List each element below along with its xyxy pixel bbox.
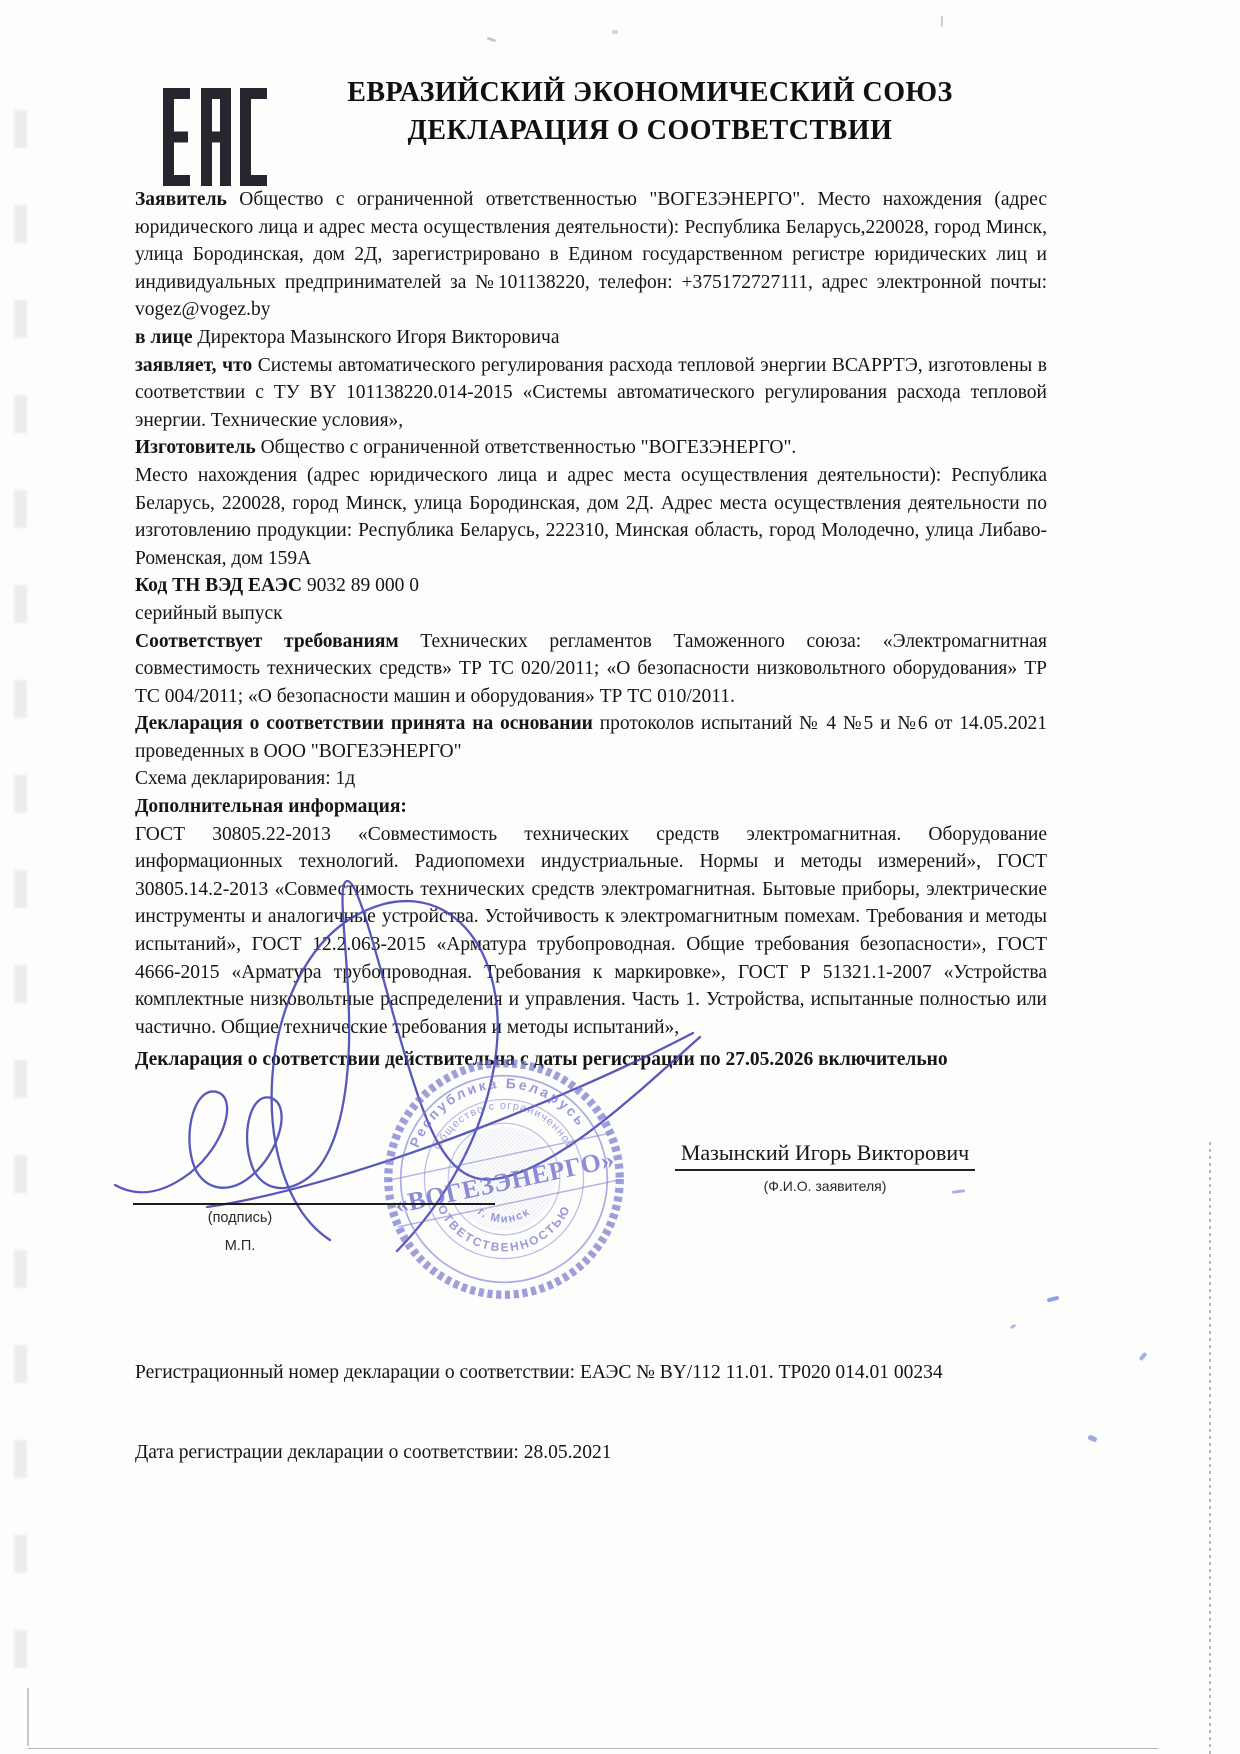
body-paragraph: Место нахождения (адрес юридического лиц… — [135, 462, 1047, 572]
bold-text-run: Дополнительная информация: — [135, 796, 407, 817]
bold-text-run: заявляет, что — [135, 355, 258, 376]
scan-speck — [612, 30, 618, 34]
declaration-document-page: ЕВРАЗИЙСКИЙ ЭКОНОМИЧЕСКИЙ СОЮЗ ДЕКЛАРАЦИ… — [0, 0, 1240, 1754]
registration-number-label: Регистрационный номер декларации о соотв… — [135, 1362, 580, 1383]
eac-conformity-mark-icon — [163, 88, 267, 186]
applicant-name-block: Мазынский Игорь Викторович (Ф.И.О. заяви… — [650, 1140, 1000, 1194]
scan-edge-artifact-right — [1209, 1142, 1211, 1754]
scan-speck — [487, 37, 496, 43]
text-run: Место нахождения (адрес юридического лиц… — [135, 465, 1047, 569]
scan-edge-artifact-corner — [27, 1688, 29, 1746]
registration-date-label: Дата регистрации декларации о соответств… — [135, 1442, 524, 1463]
bold-text-run: Декларация о соответствии принята на осн… — [135, 713, 600, 734]
body-paragraph: Соответствует требованиям Технических ре… — [135, 628, 1047, 711]
text-run: 9032 89 000 0 — [307, 575, 419, 596]
signature-line — [133, 1203, 495, 1205]
scan-edge-artifact-bottom — [28, 1748, 1158, 1749]
bold-text-run: Заявитель — [135, 189, 239, 210]
bold-text-run: Код ТН ВЭД ЕАЭС — [135, 575, 307, 596]
stamp-place-caption: М.П. — [160, 1238, 320, 1254]
ink-speck — [1139, 1352, 1148, 1361]
document-title: ЕВРАЗИЙСКИЙ ЭКОНОМИЧЕСКИЙ СОЮЗ ДЕКЛАРАЦИ… — [270, 74, 1030, 150]
applicant-name: Мазынский Игорь Викторович — [675, 1140, 975, 1171]
title-line-1: ЕВРАЗИЙСКИЙ ЭКОНОМИЧЕСКИЙ СОЮЗ — [270, 74, 1030, 112]
scan-speck — [941, 16, 943, 27]
bold-text-run: Соответствует требованиям — [135, 631, 420, 652]
body-paragraph: Дополнительная информация: — [135, 793, 1047, 821]
registration-date-line: Дата регистрации декларации о соответств… — [135, 1442, 1135, 1464]
body-paragraph: в лице Директора Мазынского Игоря Виктор… — [135, 324, 1047, 352]
body-paragraph: Код ТН ВЭД ЕАЭС 9032 89 000 0 — [135, 572, 1047, 600]
ink-speck — [1010, 1324, 1017, 1330]
text-run: Системы автоматического регулирования ра… — [135, 355, 1047, 431]
title-line-2: ДЕКЛАРАЦИЯ О СООТВЕТСТВИИ — [270, 112, 1030, 150]
text-run: Общество с ограниченной ответственностью… — [135, 189, 1047, 320]
bold-text-run: в лице — [135, 327, 197, 348]
company-stamp: Республика Беларусь Общество с ограничен… — [380, 1055, 628, 1303]
text-run: Директора Мазынского Игоря Викторовича — [197, 327, 559, 348]
text-run: Схема декларирования: 1д — [135, 768, 355, 789]
body-paragraph: серийный выпуск — [135, 600, 1047, 628]
registration-number-value: ЕАЭС № BY/112 11.01. ТР020 014.01 00234 — [580, 1362, 943, 1383]
scan-edge-artifact-left — [14, 110, 27, 1670]
body-paragraph: Заявитель Общество с ограниченной ответс… — [135, 186, 1047, 324]
text-run: серийный выпуск — [135, 603, 283, 624]
body-paragraph: Изготовитель Общество с ограниченной отв… — [135, 434, 1047, 462]
ink-speck — [1047, 1296, 1060, 1303]
registration-number-line: Регистрационный номер декларации о соотв… — [135, 1362, 1135, 1384]
body-paragraph: Схема декларирования: 1д — [135, 765, 1047, 793]
registration-date-value: 28.05.2021 — [524, 1442, 612, 1463]
body-paragraph: заявляет, что Системы автоматического ре… — [135, 352, 1047, 435]
body-paragraph: Декларация о соответствии принята на осн… — [135, 710, 1047, 765]
text-run: Общество с ограниченной ответственностью… — [261, 437, 797, 458]
signature-caption: (подпись) — [160, 1210, 320, 1226]
bold-text-run: Изготовитель — [135, 437, 261, 458]
applicant-name-caption: (Ф.И.О. заявителя) — [650, 1178, 1000, 1194]
